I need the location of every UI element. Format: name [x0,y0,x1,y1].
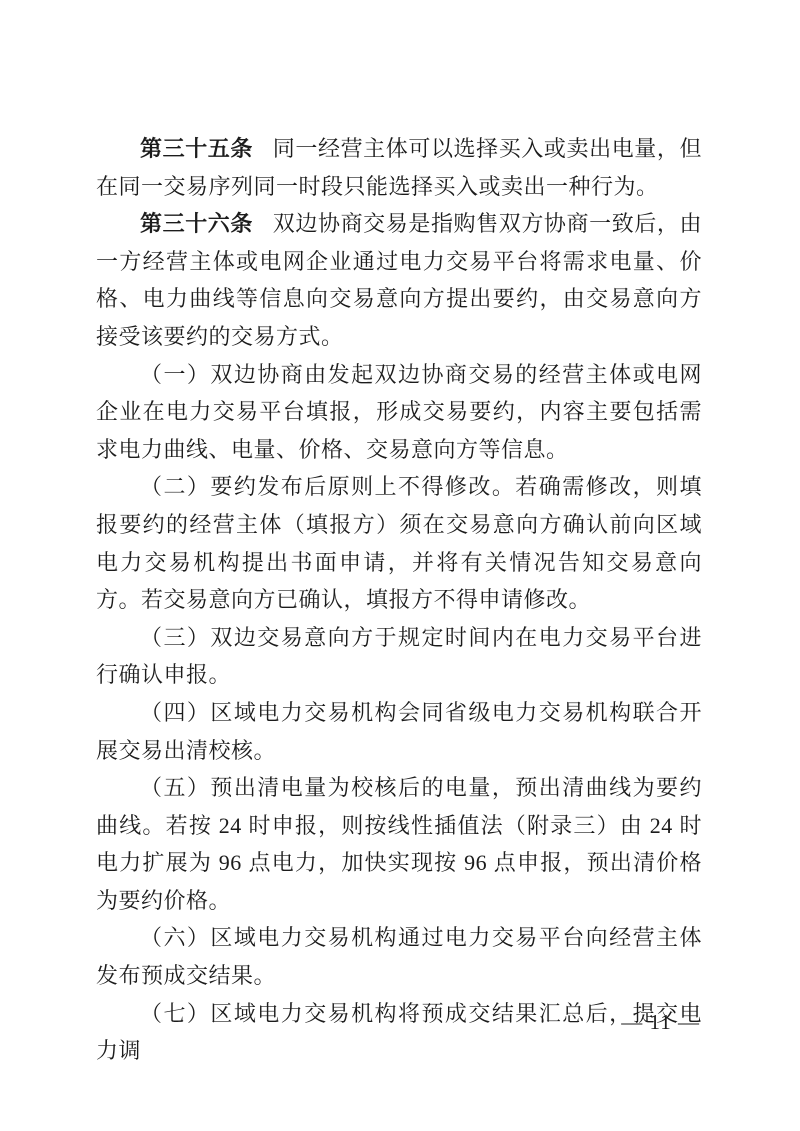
paragraph-item-4: （四）区域电力交易机构会同省级电力交易机构联合开展交易出清校核。 [96,694,702,769]
item-2-text: （二）要约发布后原则上不得修改。若确需修改，则填报要约的经营主体（填报方）须在交… [96,474,702,612]
document-page: 第三十五条同一经营主体可以选择买入或卖出电量，但在同一交易序列同一时段只能选择买… [0,0,800,1131]
page-number: — 11 — [621,1008,700,1036]
paragraph-item-5: （五）预出清电量为校核后的电量，预出清曲线为要约曲线。若按 24 时申报，则按线… [96,769,702,919]
item-3-text: （三）双边交易意向方于规定时间内在电力交易平台进行确认申报。 [96,625,702,688]
article-36-number: 第三十六条 [140,211,253,236]
item-5-text: （五）预出清电量为校核后的电量，预出清曲线为要约曲线。若按 24 时申报，则按线… [96,775,702,913]
item-6-text: （六）区域电力交易机构通过电力交易平台向经营主体发布预成交结果。 [96,925,702,988]
paragraph-item-1: （一）双边协商由发起双边协商交易的经营主体或电网企业在电力交易平台填报，形成交易… [96,356,702,469]
article-35-number: 第三十五条 [140,136,253,161]
paragraph-article-36: 第三十六条双边协商交易是指购售双方协商一致后，由一方经营主体或电网企业通过电力交… [96,205,702,355]
paragraph-item-6: （六）区域电力交易机构通过电力交易平台向经营主体发布预成交结果。 [96,919,702,994]
document-body: 第三十五条同一经营主体可以选择买入或卖出电量，但在同一交易序列同一时段只能选择买… [96,130,702,1070]
item-1-text: （一）双边协商由发起双边协商交易的经营主体或电网企业在电力交易平台填报，形成交易… [96,362,702,462]
paragraph-item-7: （七）区域电力交易机构将预成交结果汇总后，提交电力调 [96,995,702,1070]
paragraph-article-35: 第三十五条同一经营主体可以选择买入或卖出电量，但在同一交易序列同一时段只能选择买… [96,130,702,205]
paragraph-item-2: （二）要约发布后原则上不得修改。若确需修改，则填报要约的经营主体（填报方）须在交… [96,468,702,618]
item-4-text: （四）区域电力交易机构会同省级电力交易机构联合开展交易出清校核。 [96,700,702,763]
item-7-text: （七）区域电力交易机构将预成交结果汇总后，提交电力调 [96,1001,702,1064]
paragraph-item-3: （三）双边交易意向方于规定时间内在电力交易平台进行确认申报。 [96,619,702,694]
